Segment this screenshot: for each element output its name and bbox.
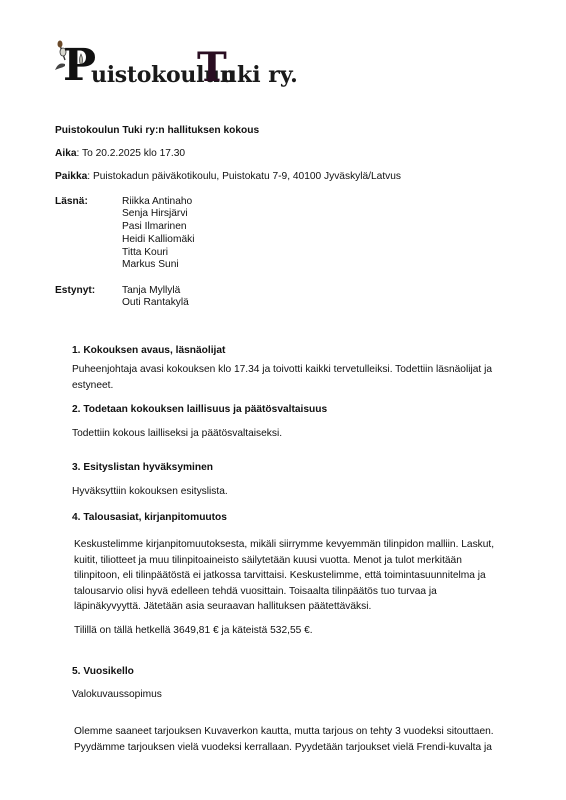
section-2-heading: 2. Todetaan kokouksen laillisuus ja päät… bbox=[72, 403, 327, 417]
document-page: P uistokoulun T uki ry. Puistokoulun Tuk… bbox=[0, 0, 566, 800]
organization-logo: P uistokoulun T uki ry. bbox=[55, 40, 275, 96]
section-5-heading: 5. Vuosikello bbox=[72, 665, 134, 679]
absent-name: Tanja Myllylä bbox=[122, 285, 189, 298]
section-5-subheading: Valokuvaussopimus bbox=[72, 688, 162, 702]
present-name: Markus Suni bbox=[122, 259, 194, 272]
present-name: Titta Kouri bbox=[122, 247, 194, 260]
section-3-body: Hyväksyttiin kokouksen esityslista. bbox=[72, 484, 542, 500]
present-label: Läsnä: bbox=[55, 195, 88, 209]
account-balance: Tilillä on tällä hetkellä 3649,81 € ja k… bbox=[74, 624, 313, 638]
absent-list: Tanja Myllylä Outi Rantakylä bbox=[122, 285, 189, 311]
section-1-body: Puheenjohtaja avasi kokouksen klo 17.34 … bbox=[72, 362, 542, 393]
meeting-place-value: : Puistokadun päiväkotikoulu, Puistokatu… bbox=[87, 171, 401, 182]
present-list: Riikka Antinaho Senja Hirsjärvi Pasi Ilm… bbox=[122, 196, 194, 273]
logo-word-tuki: uki ry. bbox=[221, 64, 298, 86]
section-4-heading: 4. Talousasiat, kirjanpitomuutos bbox=[72, 511, 227, 525]
meeting-time-label: Aika bbox=[55, 148, 77, 159]
section-5-body: Olemme saaneet tarjouksen Kuvaverkon kau… bbox=[74, 724, 554, 755]
present-name: Senja Hirsjärvi bbox=[122, 208, 194, 221]
absent-name: Outi Rantakylä bbox=[122, 297, 189, 310]
present-name: Heidi Kalliomäki bbox=[122, 234, 194, 247]
section-2-body: Todettiin kokous lailliseksi ja päätösva… bbox=[72, 426, 542, 442]
meeting-time-value: : To 20.2.2025 klo 17.30 bbox=[77, 148, 186, 159]
meeting-place: Paikka: Puistokadun päiväkotikoulu, Puis… bbox=[55, 170, 401, 184]
meeting-place-label: Paikka bbox=[55, 171, 87, 182]
present-name: Pasi Ilmarinen bbox=[122, 221, 194, 234]
section-3-heading: 3. Esityslistan hyväksyminen bbox=[72, 461, 213, 475]
absent-label: Estynyt: bbox=[55, 284, 95, 298]
section-1-heading: 1. Kokouksen avaus, läsnäolijat bbox=[72, 344, 225, 358]
section-4-body: Keskustelimme kirjanpitomuutoksesta, mik… bbox=[74, 537, 544, 615]
meeting-time: Aika: To 20.2.2025 klo 17.30 bbox=[55, 147, 185, 161]
present-name: Riikka Antinaho bbox=[122, 196, 194, 209]
document-title: Puistokoulun Tuki ry:n hallituksen kokou… bbox=[55, 124, 259, 138]
